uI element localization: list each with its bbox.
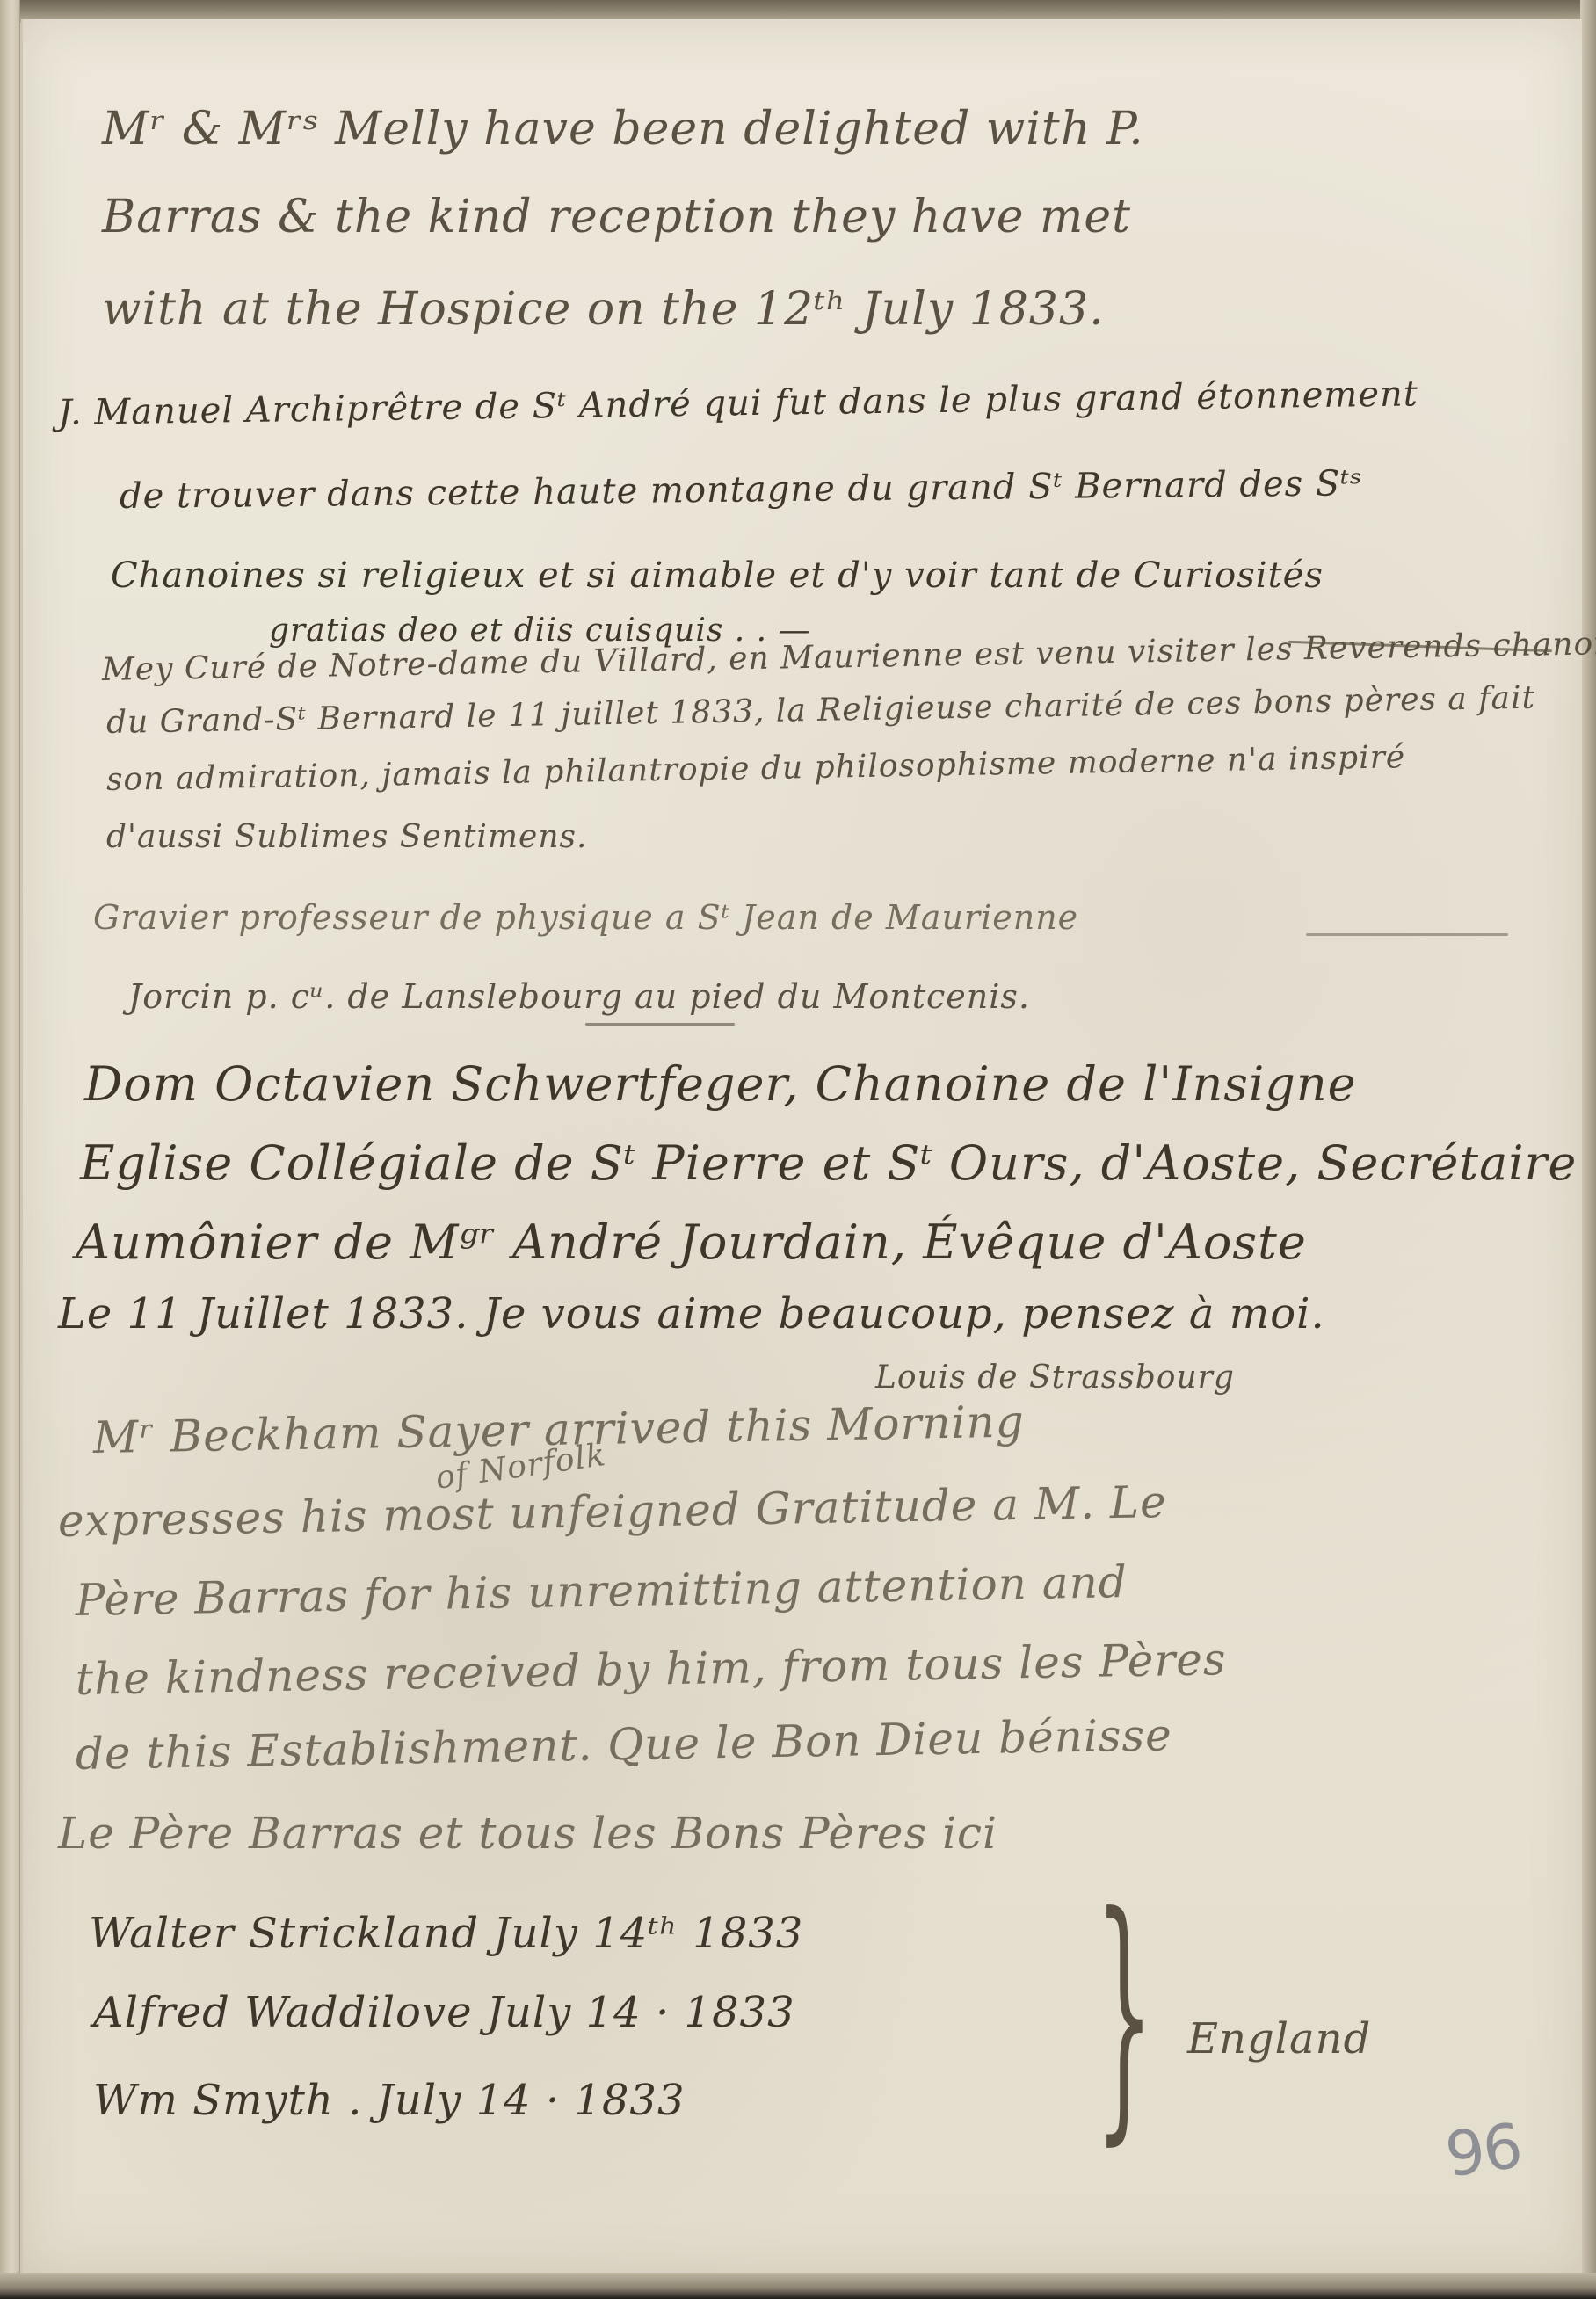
entry-sayer-line-4: the kindness received by him, from tous … <box>75 1634 1226 1705</box>
grouping-brace: } <box>1095 1882 1154 2146</box>
binding-gutter <box>0 0 20 2299</box>
entry-jorcin-line-1: Jorcin p. cᵘ. de Lanslebourg au pied du … <box>128 977 1030 1016</box>
manuscript-page: Mʳ & Mʳˢ Melly have been delighted with … <box>21 19 1582 2274</box>
entry-mey-line-4: d'aussi Sublimes Sentimens. <box>106 819 587 855</box>
entry-schwertfeger-line-2: Eglise Collégiale de Sᵗ Pierre et Sᵗ Our… <box>80 1135 1577 1191</box>
entry-mey-line-3: son admiration, jamais la philantropie d… <box>106 739 1406 798</box>
bracket-label-england: England <box>1187 2014 1371 2063</box>
entry-schwertfeger-line-1: Dom Octavien Schwertfeger, Chanoine de l… <box>84 1056 1357 1112</box>
entry-smyth: Wm Smyth . July 14 · 1833 <box>93 2076 686 2125</box>
bottom-page-edge <box>0 2273 1596 2299</box>
entry-sayer-line-6: Le Père Barras et tous les Bons Pères ic… <box>58 1808 997 1859</box>
entry-melly-line-2: Barras & the kind reception they have me… <box>102 191 1131 243</box>
entry-schwertfeger-line-4: Le 11 Juillet 1833. Je vous aime beaucou… <box>58 1289 1325 1338</box>
folio-number: 96 <box>1441 2109 1526 2191</box>
annotation-louis-de-strassbourg: Louis de Strassbourg <box>875 1360 1235 1396</box>
entry-melly-line-3: with at the Hospice on the 12ᵗʰ July 183… <box>102 283 1105 336</box>
entry-schwertfeger-line-3: Aumônier de Mᵍʳ André Jourdain, Évêque d… <box>76 1215 1307 1270</box>
entry-mey-line-2: du Grand-Sᵗ Bernard le 11 juillet 1833, … <box>106 680 1536 741</box>
right-page-edge <box>1580 0 1596 2299</box>
entry-melly-line-1: Mʳ & Mʳˢ Melly have been delighted with … <box>102 103 1144 156</box>
entry-manuel-line-3: Chanoines si religieux et si aimable et … <box>111 555 1324 596</box>
entry-sayer-line-5: de this Establishment. Que le Bon Dieu b… <box>75 1709 1172 1780</box>
entry-manuel-line-2: de trouver dans cette haute montagne du … <box>120 463 1363 517</box>
entry-strickland: Walter Strickland July 14ᵗʰ 1833 <box>89 1909 803 1958</box>
entry-sayer-line-2: expresses his most unfeigned Gratitude a… <box>57 1476 1167 1547</box>
lanslebourg-underline <box>585 1023 735 1026</box>
entry-manuel-line-1: J. Manuel Archiprêtre de Sᵗ André qui fu… <box>58 373 1418 433</box>
entry-sayer-line-3: Père Barras for his unremitting attentio… <box>75 1556 1128 1626</box>
entry-waddilove: Alfred Waddilove July 14 · 1833 <box>93 1988 795 2037</box>
separator-stroke <box>1306 933 1508 936</box>
entry-gravier-line-1: Gravier professeur de physique a Sᵗ Jean… <box>93 898 1078 937</box>
